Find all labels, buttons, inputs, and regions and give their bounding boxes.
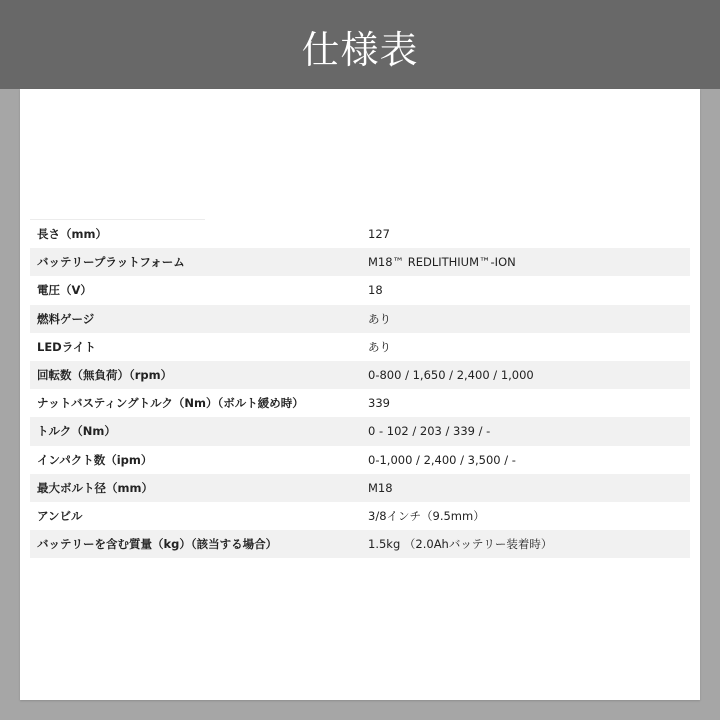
table-row: 回転数（無負荷）（rpm） 0-800 / 1,650 / 2,400 / 1,… xyxy=(30,361,690,389)
table-row: トルク（Nm） 0 - 102 / 203 / 339 / - xyxy=(30,417,690,445)
spec-value: あり xyxy=(361,311,391,327)
spec-label: LEDライト xyxy=(30,339,361,355)
table-row: 燃料ゲージ あり xyxy=(30,305,690,333)
table-row: LEDライト あり xyxy=(30,333,690,361)
spec-value: 127 xyxy=(361,227,390,241)
spec-label: ナットバスティングトルク（Nm）（ボルト緩め時） xyxy=(30,395,361,411)
spec-value: 0-800 / 1,650 / 2,400 / 1,000 xyxy=(361,368,534,382)
spec-value: 0 - 102 / 203 / 339 / - xyxy=(361,424,490,438)
spec-value: 3/8インチ（9.5mm） xyxy=(361,508,485,524)
spec-value: 0-1,000 / 2,400 / 3,500 / - xyxy=(361,453,516,467)
spec-value: あり xyxy=(361,339,391,355)
spec-label: アンビル xyxy=(30,508,361,524)
spec-label: 最大ボルト径（mm） xyxy=(30,480,361,496)
spec-value: 339 xyxy=(361,396,390,410)
spec-label: バッテリーを含む質量（kg）（該当する場合） xyxy=(30,536,361,552)
table-row: アンビル 3/8インチ（9.5mm） xyxy=(30,502,690,530)
table-row: ナットバスティングトルク（Nm）（ボルト緩め時） 339 xyxy=(30,389,690,417)
spec-label: 電圧（V） xyxy=(30,282,361,298)
table-row: インパクト数（ipm） 0-1,000 / 2,400 / 3,500 / - xyxy=(30,446,690,474)
spec-value: 1.5kg （2.0Ahバッテリー装着時） xyxy=(361,536,552,552)
page-title: 仕様表 xyxy=(301,19,418,74)
spec-label: 回転数（無負荷）（rpm） xyxy=(30,367,361,383)
spec-label: トルク（Nm） xyxy=(30,423,361,439)
table-row: 電圧（V） 18 xyxy=(30,276,690,304)
spec-table: 長さ（mm） 127 バッテリープラットフォーム M18™ REDLITHIUM… xyxy=(30,220,690,558)
header-banner: 仕様表 xyxy=(0,0,720,89)
table-row: バッテリープラットフォーム M18™ REDLITHIUM™-ION xyxy=(30,248,690,276)
table-row: バッテリーを含む質量（kg）（該当する場合） 1.5kg （2.0Ahバッテリー… xyxy=(30,530,690,558)
spec-label: インパクト数（ipm） xyxy=(30,452,361,468)
spec-label: 燃料ゲージ xyxy=(30,311,361,327)
table-row: 長さ（mm） 127 xyxy=(30,220,690,248)
spec-label: バッテリープラットフォーム xyxy=(30,254,361,270)
spec-value: M18™ REDLITHIUM™-ION xyxy=(361,255,516,269)
spec-label: 長さ（mm） xyxy=(30,226,361,242)
spec-value: 18 xyxy=(361,283,383,297)
spec-panel: 長さ（mm） 127 バッテリープラットフォーム M18™ REDLITHIUM… xyxy=(20,89,700,700)
table-row: 最大ボルト径（mm） M18 xyxy=(30,474,690,502)
spec-value: M18 xyxy=(361,481,393,495)
